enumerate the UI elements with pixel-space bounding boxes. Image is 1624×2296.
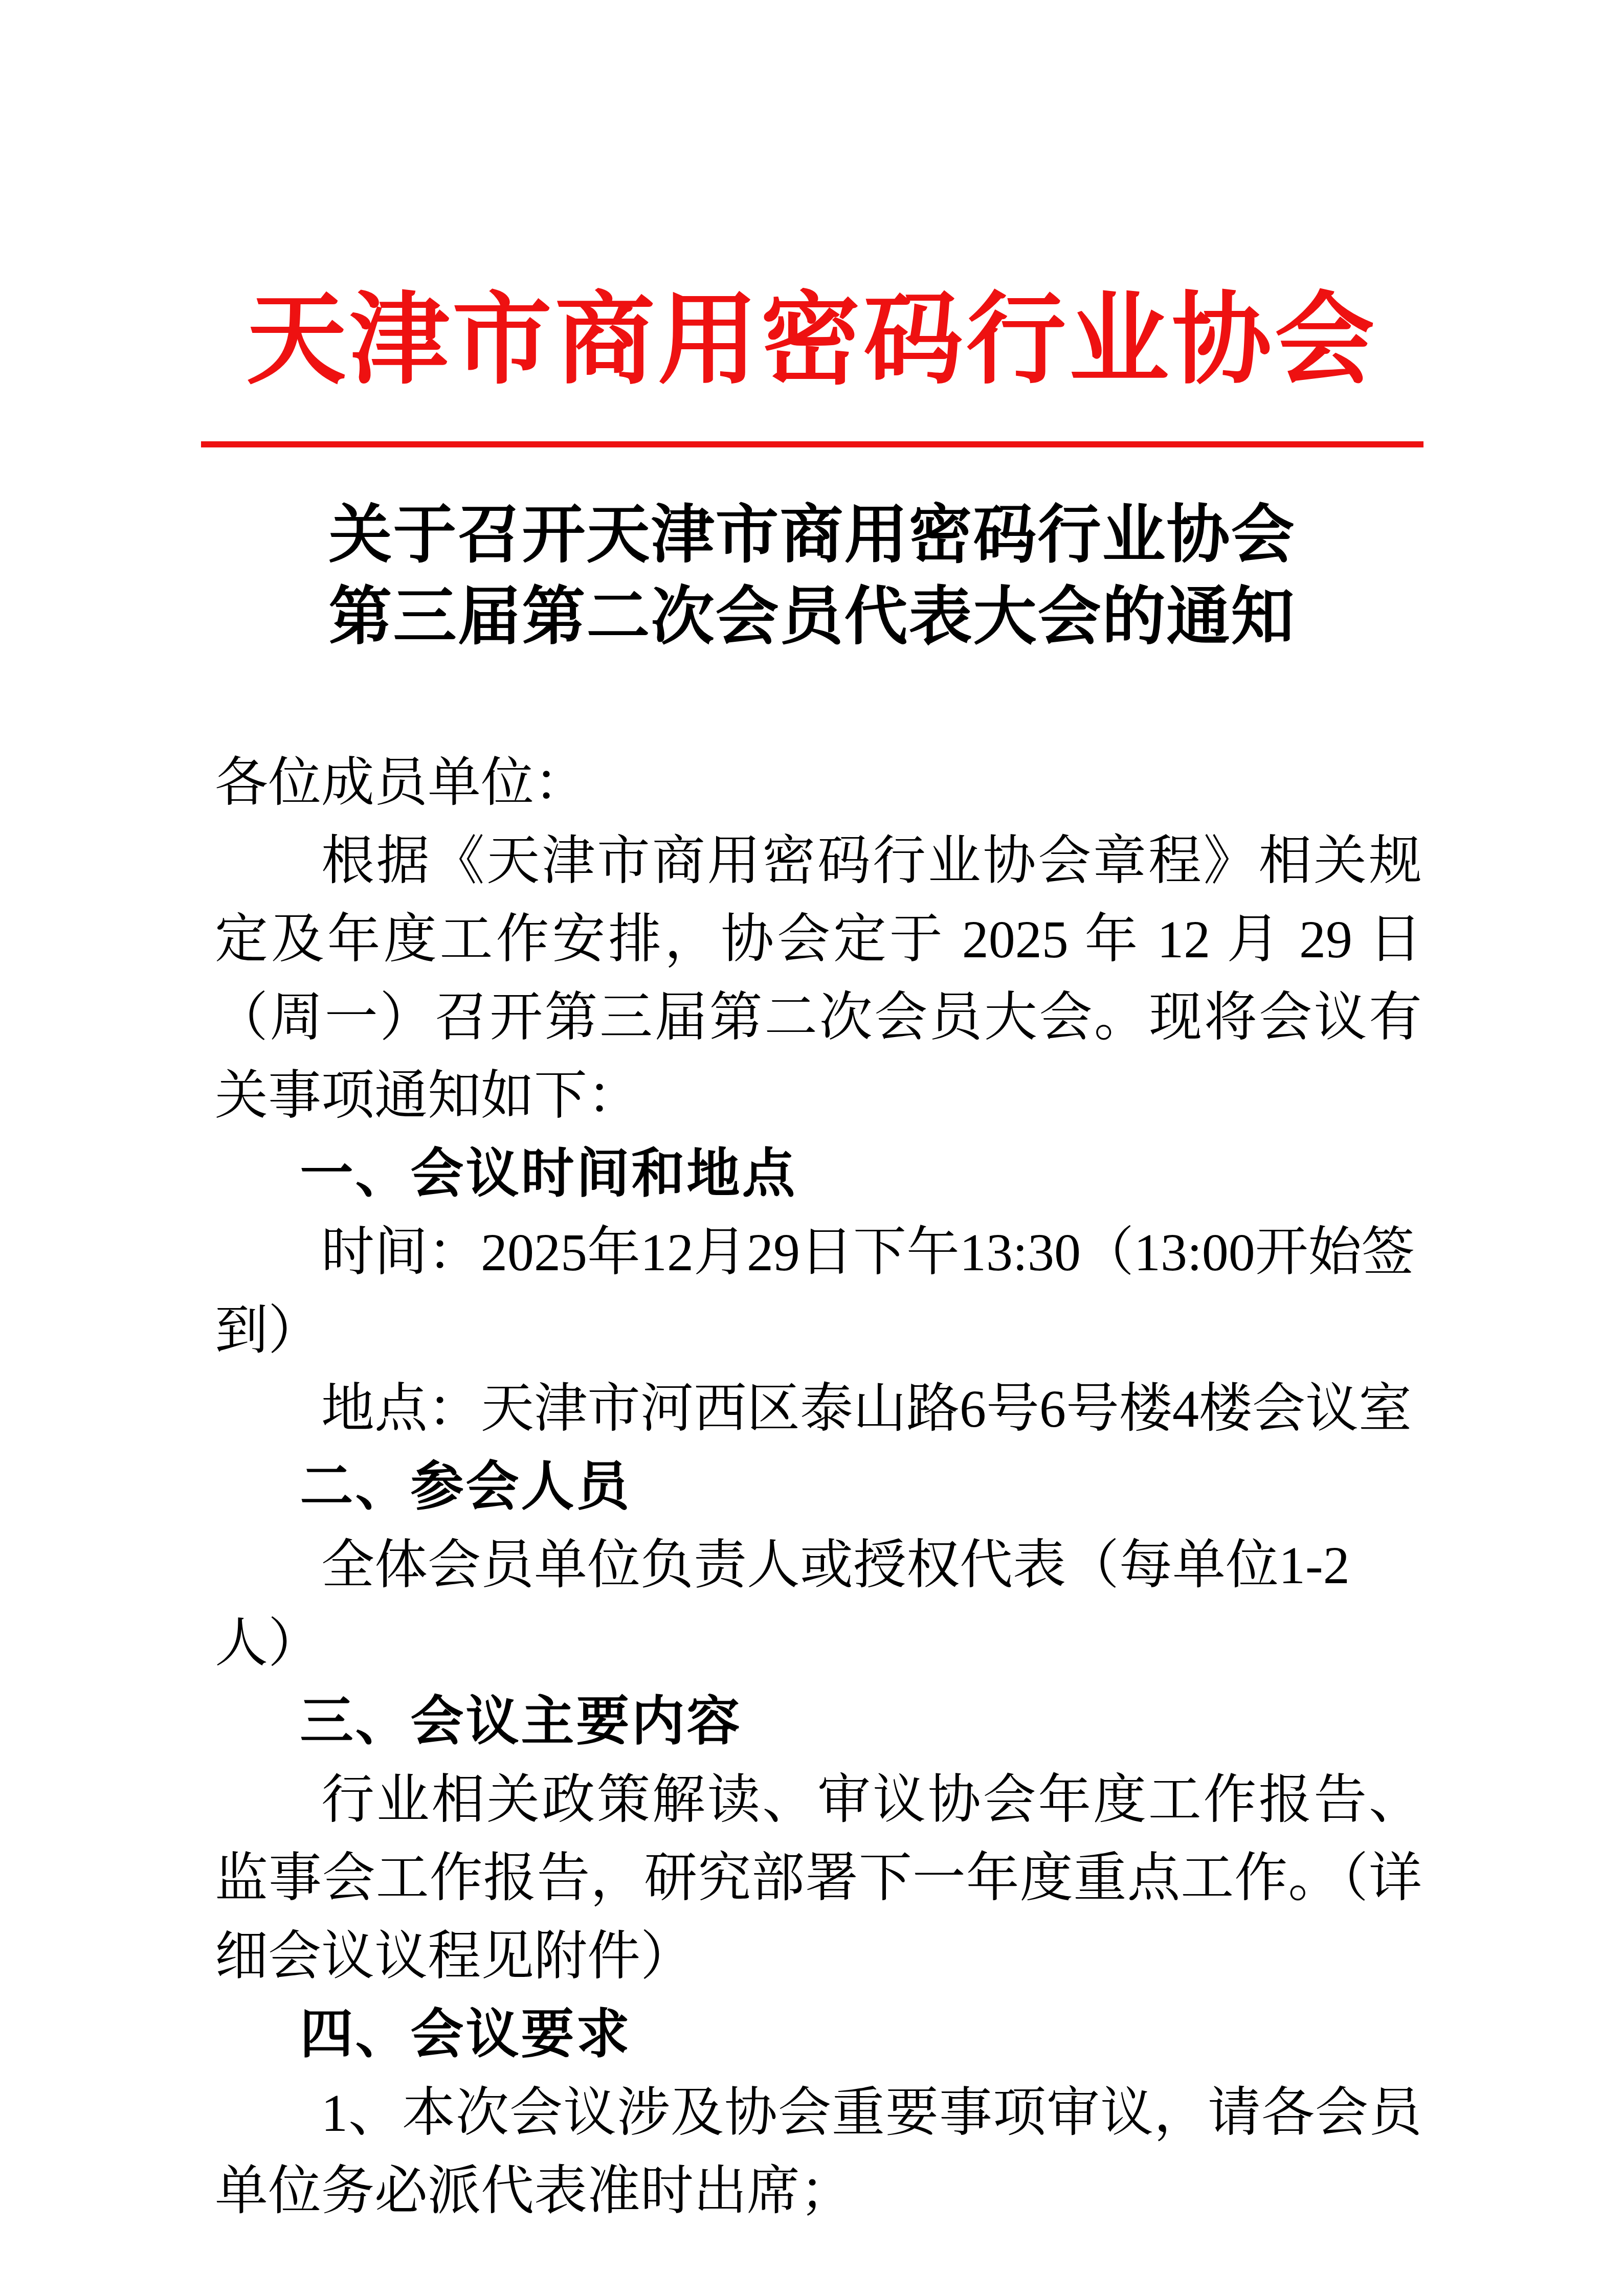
attendees-line: 全体会员单位负责人或授权代表（每单位1-2人） — [215, 1526, 1422, 1683]
notice-title: 关于召开天津市商用密码行业协会 第三届第二次会员代表大会的通知 — [0, 494, 1624, 658]
letterhead-title: 天津市商用密码行业协会 — [0, 0, 1624, 396]
agenda-paragraph: 行业相关政策解读、审议协会年度工作报告、监事会工作报告，研究部署下一年度重点工作… — [215, 1761, 1422, 1996]
section-3-heading: 三、会议主要内容 — [215, 1683, 1422, 1761]
notice-body: 各位成员单位： 根据《天津市商用密码行业协会章程》相关规定及年度工作安排，协会定… — [215, 744, 1422, 2231]
intro-paragraph: 根据《天津市商用密码行业协会章程》相关规定及年度工作安排，协会定于 2025 年… — [215, 822, 1422, 1135]
meeting-location-line: 地点：天津市河西区泰山路6号6号楼4楼会议室 — [215, 1370, 1422, 1448]
section-2-heading: 二、参会人员 — [215, 1448, 1422, 1526]
meeting-time-line: 时间：2025年12月29日下午13:30（13:00开始签到） — [215, 1213, 1422, 1370]
section-4-heading: 四、会议要求 — [215, 1996, 1422, 2074]
notice-title-line-2: 第三届第二次会员代表大会的通知 — [0, 576, 1624, 658]
document-page: 天津市商用密码行业协会 关于召开天津市商用密码行业协会 第三届第二次会员代表大会… — [0, 0, 1624, 2296]
notice-title-line-1: 关于召开天津市商用密码行业协会 — [0, 494, 1624, 576]
requirement-paragraph: 1、本次会议涉及协会重要事项审议，请各会员单位务必派代表准时出席； — [215, 2074, 1422, 2231]
section-1-heading: 一、会议时间和地点 — [215, 1135, 1422, 1213]
letterhead-divider — [201, 441, 1423, 447]
greeting-text: 各位成员单位： — [215, 744, 1422, 822]
